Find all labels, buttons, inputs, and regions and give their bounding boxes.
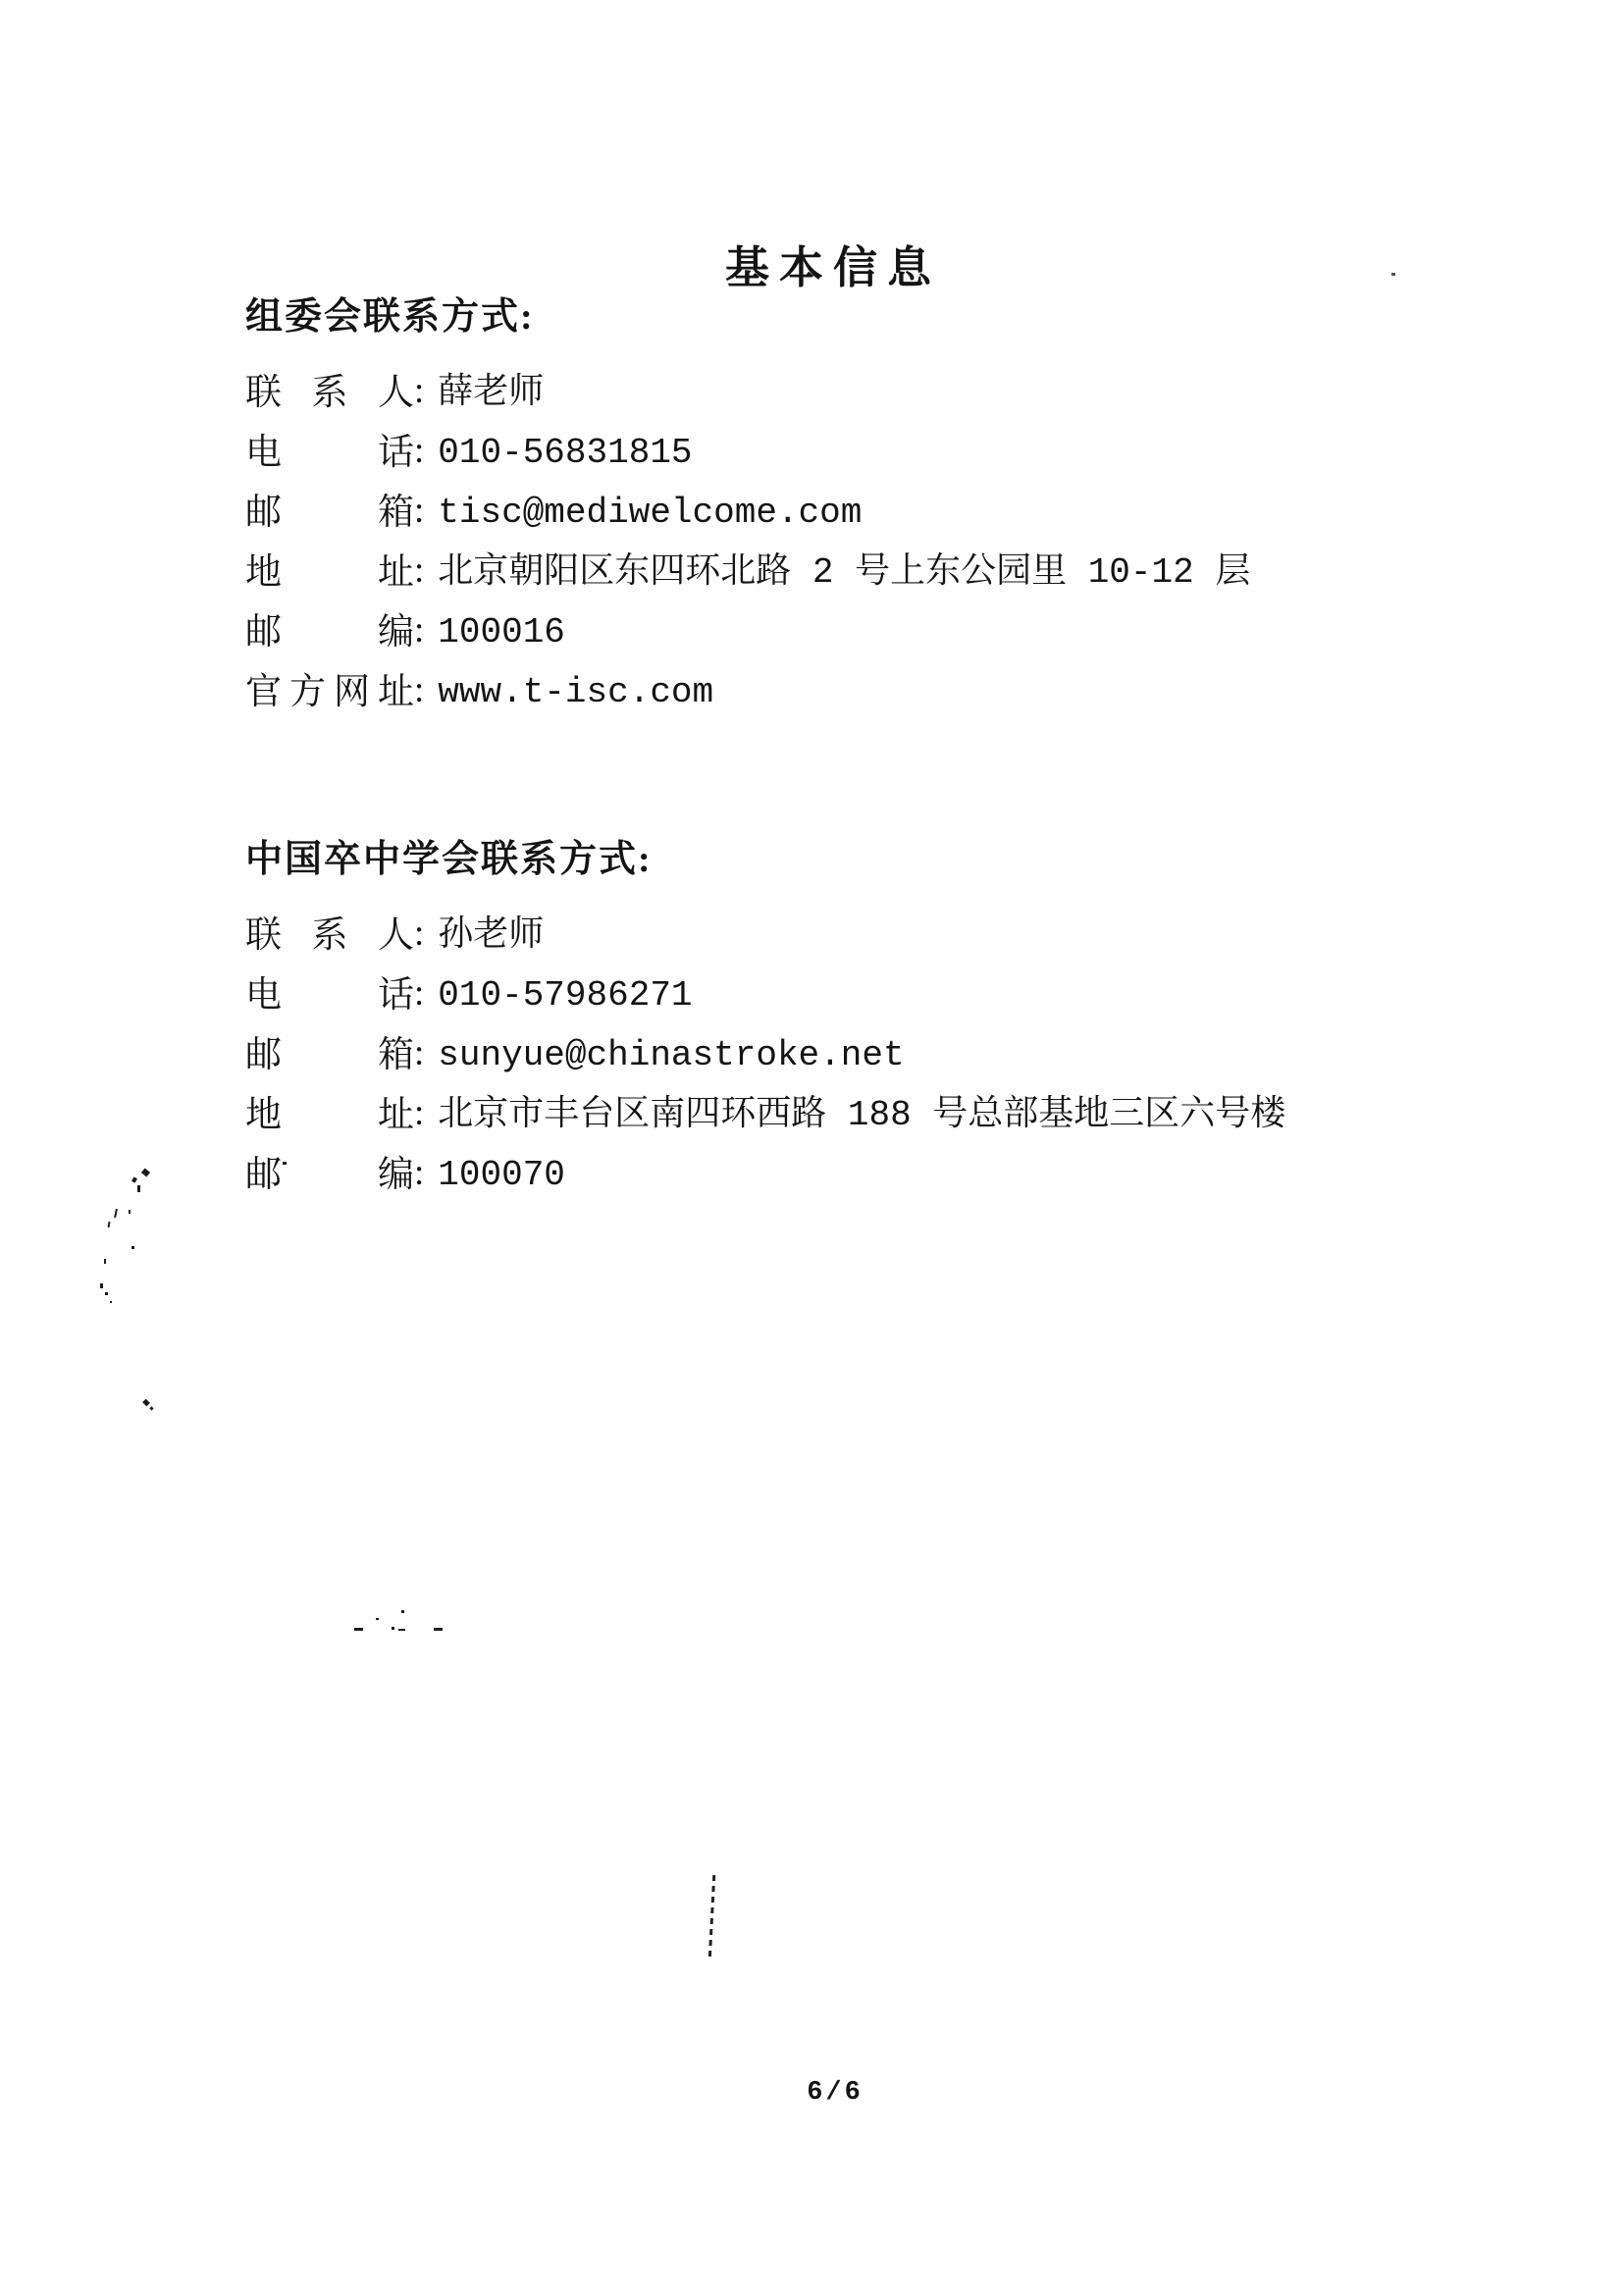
field-colon: : (414, 421, 424, 481)
scan-speck (392, 1627, 394, 1630)
scan-speck (110, 1301, 112, 1303)
page-number: 6/6 (807, 2078, 864, 2108)
field-colon: : (414, 481, 424, 541)
scan-speck (434, 1628, 443, 1631)
field-colon: : (414, 361, 424, 421)
contact-rows: 联系人:孙老师 电话:010-57986271 邮箱:sunyue@chinas… (245, 904, 1285, 1203)
field-value: 010-56831815 (438, 433, 692, 473)
contact-row-email: 邮箱:tisc@mediwelcome.com (245, 481, 1250, 541)
field-value: 100016 (438, 612, 565, 652)
field-colon: : (414, 904, 424, 964)
scan-speck (137, 1185, 140, 1192)
contact-row-address: 地址:北京朝阳区东四环北路 2 号上东公园里 10-12 层 (245, 541, 1250, 600)
section-committee-contact: 组委会联系方式: 联系人:薛老师 电话:010-56831815 邮箱:tisc… (245, 294, 1250, 720)
field-label: 联系人 (245, 363, 414, 423)
scan-speck (131, 1176, 137, 1182)
contact-row-website: 官方网址:www.t-isc.com (245, 660, 1250, 720)
field-value: tisc@mediwelcome.com (438, 493, 862, 533)
contact-row-zipcode: 邮编:100016 (245, 600, 1250, 660)
field-colon: : (414, 1083, 424, 1143)
section-heading: 组委会联系方式: (245, 294, 1250, 339)
field-value: 100070 (438, 1155, 565, 1195)
field-value: 北京朝阳区东四环北路 2 号上东公园里 10-12 层 (438, 552, 1250, 593)
contact-row-phone: 电话:010-56831815 (245, 421, 1250, 481)
scan-speck (105, 1292, 108, 1295)
scan-speck (104, 1259, 106, 1264)
contact-row-person: 联系人:薛老师 (245, 361, 1250, 421)
field-colon: : (414, 660, 424, 720)
scan-speck (114, 1209, 118, 1218)
contact-row-zipcode: 邮编:100070 (245, 1143, 1285, 1203)
scan-speck (398, 1629, 405, 1631)
scan-speck (131, 1246, 134, 1249)
scan-speck (149, 1406, 153, 1410)
scan-speck (354, 1628, 363, 1631)
scan-speck (401, 1610, 404, 1613)
document-title-container: 基本信息 (0, 232, 1623, 295)
field-value: www.t-isc.com (438, 672, 713, 712)
page-footer: 6/6 (0, 2078, 1623, 2108)
scan-speck (283, 1162, 287, 1165)
contact-rows: 联系人:薛老师 电话:010-56831815 邮箱:tisc@mediwelc… (245, 361, 1250, 720)
contact-row-phone: 电话:010-57986271 (245, 964, 1285, 1023)
field-value: 薛老师 (438, 373, 544, 413)
field-value: 北京市丰台区南四环西路 188 号总部基地三区六号楼 (438, 1095, 1285, 1135)
scan-speck (129, 1210, 131, 1214)
scan-speck (142, 1399, 150, 1407)
field-label: 邮编 (245, 602, 414, 662)
field-colon: : (414, 1023, 424, 1083)
contact-row-person: 联系人:孙老师 (245, 904, 1285, 964)
document-title: 基本信息 (725, 243, 941, 292)
field-label: 官方网址 (245, 662, 414, 722)
contact-row-address: 地址:北京市丰台区南四环西路 188 号总部基地三区六号楼 (245, 1083, 1285, 1143)
scanned-document-page: 基本信息 组委会联系方式: 联系人:薛老师 电话:010-56831815 邮箱… (0, 0, 1623, 2296)
scan-speck (1391, 273, 1395, 276)
scan-speck (107, 1222, 110, 1227)
field-value: 010-57986271 (438, 975, 692, 1016)
field-value: sunyue@chinastroke.net (438, 1035, 904, 1075)
field-label: 电话 (245, 965, 414, 1025)
field-colon: : (414, 541, 424, 600)
field-label: 地址 (245, 1085, 414, 1145)
contact-row-email: 邮箱:sunyue@chinastroke.net (245, 1023, 1285, 1083)
scan-speck (376, 1618, 379, 1620)
field-label: 邮编 (245, 1145, 414, 1205)
field-colon: : (414, 964, 424, 1023)
field-value: 孙老师 (438, 915, 544, 956)
section-heading: 中国卒中学会联系方式: (245, 837, 1285, 882)
field-colon: : (414, 1143, 424, 1203)
field-label: 地址 (245, 543, 414, 602)
field-label: 邮箱 (245, 1025, 414, 1085)
section-stroke-association-contact: 中国卒中学会联系方式: 联系人:孙老师 电话:010-57986271 邮箱:s… (245, 837, 1285, 1203)
field-label: 电话 (245, 423, 414, 483)
scan-speck (100, 1283, 103, 1288)
field-label: 邮箱 (245, 483, 414, 543)
field-colon: : (414, 600, 424, 660)
field-label: 联系人 (245, 906, 414, 965)
scan-dashed-line-artifact (708, 1875, 715, 1959)
scan-speck (141, 1168, 150, 1176)
